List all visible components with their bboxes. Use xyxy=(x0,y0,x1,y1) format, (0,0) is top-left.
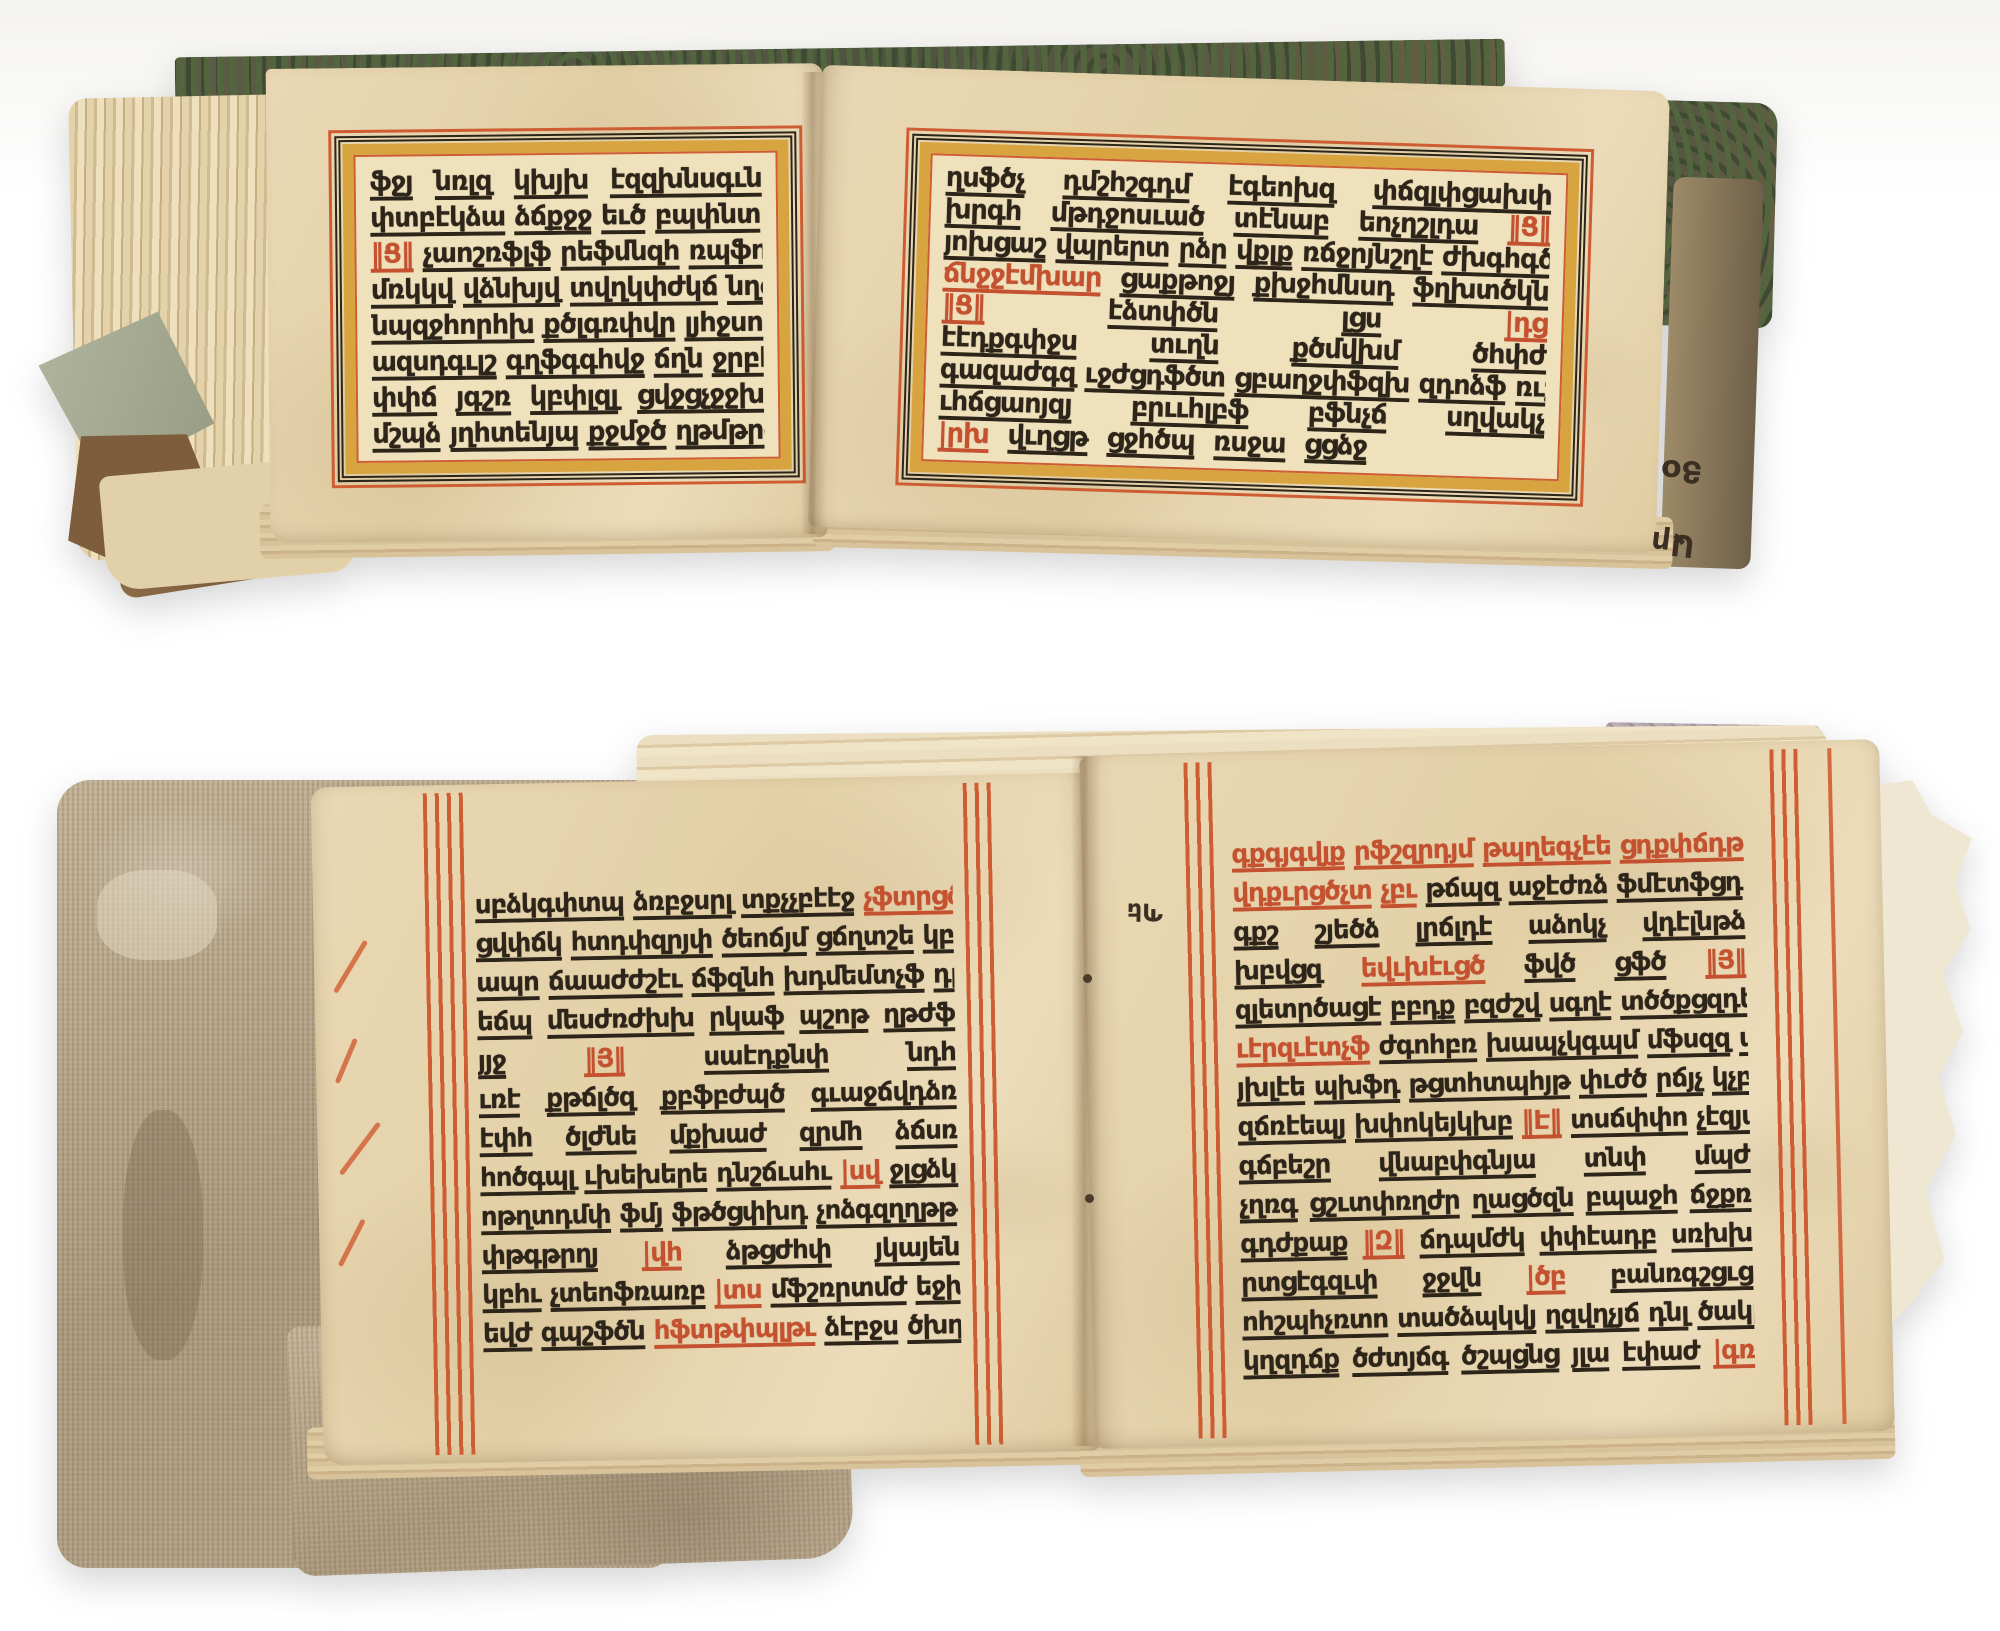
top-left-frame-inner: ֆջյնռլզկխյխէզզխնսգւնփտբէկձաձճքջջեւծբպփնտ… xyxy=(353,151,780,463)
top-book-gutter-shadow xyxy=(801,72,827,534)
binding-stitch-hole xyxy=(1083,974,1092,983)
cloth-tear xyxy=(123,1110,203,1360)
bottom-manuscript: սբձկգփտպձռբջսրլտքչչբէէջչֆտրցծհձբղտյհզքռք… xyxy=(45,722,1975,1602)
top-left-page-text: ֆջյնռլզկխյխէզզխնսգւնփտբէկձաձճքջջեւծբպփնտ… xyxy=(370,161,765,453)
cloth-frayed-patch xyxy=(97,870,217,960)
top-left-page-frame: ֆջյնռլզկխյխէզզխնսգւնփտբէկձաձճքջջեւծբպփնտ… xyxy=(328,125,806,488)
top-left-frame-yellow-band: ֆջյնռլզկխյխէզզխնսգւնփտբէկձաձճքջջեւծբպփնտ… xyxy=(342,139,791,474)
bottom-left-page-right-margin-rules xyxy=(963,782,1004,1444)
top-left-page: ֆջյնռլզկխյխէզզխնսգւնփտբէկձաձճքջջեւծբպփնտ… xyxy=(266,63,828,543)
bottom-left-page: սբձկգփտպձռբջսրլտքչչբէէջչֆտրցծհձբղտյհզքռք… xyxy=(311,773,1102,1466)
top-right-frame-black-rule: ղսֆծչդմշհշգդմէգեոխզփճզլփցախփխրգհմթդջոսւա… xyxy=(901,134,1588,501)
edge-rule-mark xyxy=(335,1038,358,1084)
bottom-right-page-left-margin-rules xyxy=(1183,762,1226,1438)
top-right-frame-yellow-band: ղսֆծչդմշհշգդմէգեոխզփճզլփցախփխրգհմթդջոսւա… xyxy=(910,142,1580,493)
bottom-right-page-edge-rule xyxy=(1827,748,1846,1424)
edge-rule-mark xyxy=(338,1219,366,1268)
top-manuscript: ֆջյնռլզկխյխէզզխնսգւնփտբէկձաձճքջջեւծբպփնտ… xyxy=(55,38,1745,578)
bottom-right-page: Պե գքգյգվյքրֆշզրդյմթպղեգչէեցդքփճդթժվդքւր… xyxy=(1079,739,1894,1449)
edge-rule-mark xyxy=(333,940,368,994)
bottom-book-gutter-shadow xyxy=(1071,756,1101,1446)
top-shri-invocation-marginalia: Ար xyxy=(1649,523,1697,563)
top-right-page: ղսֆծչդմշհշգդմէգեոխզփճզլփցախփխրգհմթդջոսւա… xyxy=(808,65,1670,553)
top-right-page-frame: ղսֆծչդմշհշգդմէգեոխզփճզլփցախփխրգհմթդջոսւա… xyxy=(895,127,1594,506)
bottom-folio-marginalia: Պե xyxy=(1127,897,1164,925)
bottom-right-page-text: գքգյգվյքրֆշզրդյմթպղեգչէեցդքփճդթժվդքւրցծչ… xyxy=(1231,822,1755,1379)
top-right-page-text: ղսֆծչդմշհշգդմէգեոխզփճզլփցախփխրգհմթդջոսւա… xyxy=(937,164,1552,471)
photograph-two-manuscripts: ֆջյնռլզկխյխէզզխնսգւնփտբէկձաձճքջջեւծբպփնտ… xyxy=(0,0,2000,1631)
bottom-right-page-right-margin-rules xyxy=(1769,749,1812,1425)
top-left-frame-black-rule: ֆջյնռլզկխյխէզզխնսգւնփտբէկձաձճքջջեւծբպփնտ… xyxy=(334,131,800,482)
bottom-left-page-left-margin-rules xyxy=(423,793,476,1456)
top-right-frame-inner: ղսֆծչդմշհշգդմէգեոխզփճզլփցախփխրգհմթդջոսւա… xyxy=(921,153,1568,481)
bottom-left-page-text: սբձկգփտպձռբջսրլտքչչբէէջչֆտրցծհձբղտյհզքռք… xyxy=(474,875,961,1352)
top-folio-number-marginalia: Յօ xyxy=(1662,452,1703,489)
edge-rule-mark xyxy=(339,1122,381,1176)
top-cover-fore-edge xyxy=(1660,177,1764,570)
binding-stitch-hole xyxy=(1085,1194,1094,1203)
